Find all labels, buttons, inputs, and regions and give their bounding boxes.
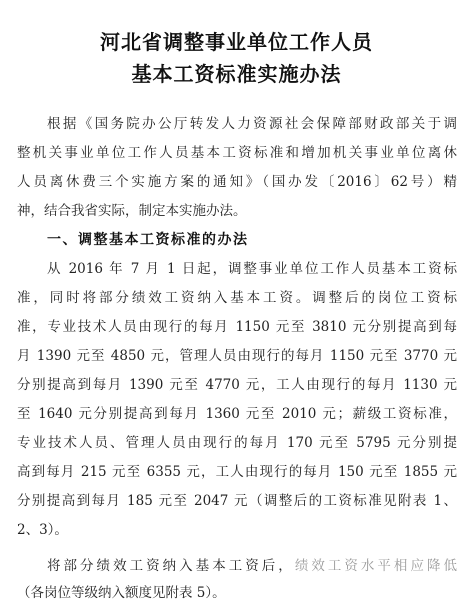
section-paragraph-line: 分别提高到每月 1390 元至 4770 元，工人由现行的每月 1130 元 [17,377,457,393]
intro-paragraph-line: 根据《国务院办公厅转发人力资源社会保障部财政部关于调 [47,116,457,132]
intro-paragraph-line: 神，结合我省实际，制定本实施办法。 [17,203,457,219]
section-paragraph-line: 专业技术人员、管理人员由现行的每月 170 元至 5795 元分别提 [17,435,457,451]
section-paragraph-line: 至 1640 元分别提高到每月 1360 元至 2010 元；薪级工资标准， [17,406,457,422]
section-paragraph-line: 准，专业技术人员由现行的每月 1150 元至 3810 元分别提高到每 [17,319,457,335]
section-paragraph-line: 月 1390 元至 4850 元，管理人员由现行的每月 1150 元至 3770… [17,348,457,364]
paragraph2-text-faded: 绩效工资水平相应降低 [295,558,457,574]
intro-paragraph-line: 整机关事业单位工作人员基本工资标准和增加机关事业单位离休 [17,145,457,161]
section-paragraph-line: 高到每月 215 元至 6355 元，工人由现行的每月 150 元至 1855 … [17,464,457,480]
document-title-line1: 河北省调整事业单位工作人员 [0,26,473,55]
section-paragraph-line: 从 2016 年 7 月 1 日起，调整事业单位工作人员基本工资标 [47,261,457,277]
section-paragraph-line: 2、3）。 [17,522,457,538]
paragraph2-text-dark: 将部分绩效工资纳入基本工资后， [47,558,295,574]
section-paragraph-line: 准，同时将部分绩效工资纳入基本工资。调整后的岗位工资标 [17,290,457,306]
document-page: 河北省调整事业单位工作人员 基本工资标准实施办法 根据《国务院办公厅转发人力资源… [0,0,473,603]
paragraph2-line1: 将部分绩效工资纳入基本工资后，绩效工资水平相应降低 [47,558,457,574]
document-title-line2: 基本工资标准实施办法 [0,58,473,87]
section-heading: 一、调整基本工资标准的办法 [47,232,249,248]
intro-paragraph-line: 人员离休费三个实施方案的通知》（国办发〔2016〕62号）精 [17,174,457,190]
section-paragraph-line: 分别提高到每月 185 元至 2047 元（调整后的工资标准见附表 1、 [17,493,457,509]
paragraph2-line2: （各岗位等级纳入额度见附表 5）。 [17,585,457,601]
